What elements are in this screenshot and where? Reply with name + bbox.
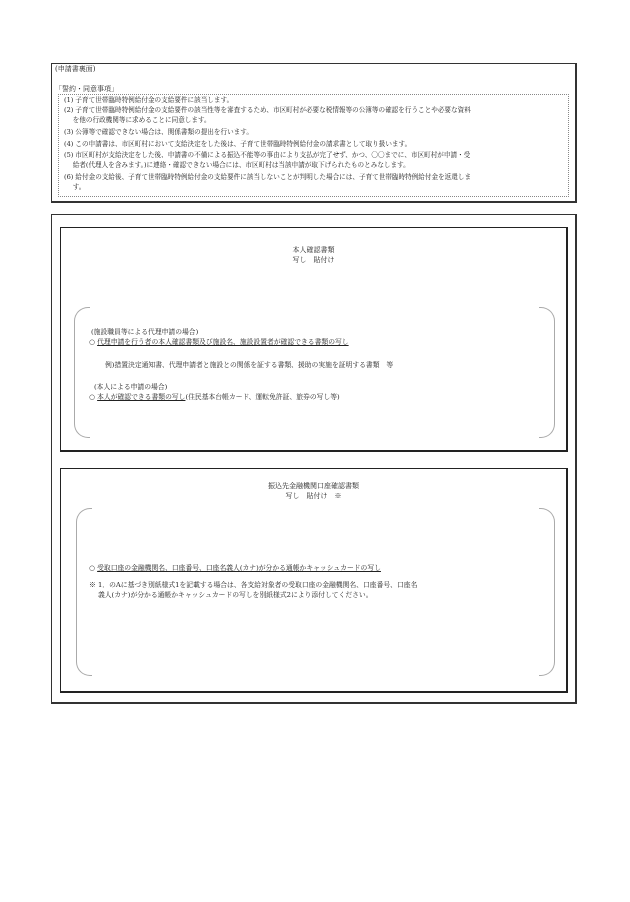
identity-title: 本人確認書類 xyxy=(61,245,566,255)
pledge-title: 「誓約・同意事項」 xyxy=(55,84,118,94)
identity-document-area: 本人確認書類 写し 貼付け (施設職員等による代理申請の場合) ○ 代理申請を行… xyxy=(60,227,568,452)
pledge-item: 給者(代理人を含みます。)に連絡・確認できない場合には、市区町村は当該申請が取下… xyxy=(64,161,410,170)
bullet-circle-icon: ○ xyxy=(89,393,95,401)
bullet-circle-icon: ○ xyxy=(89,338,95,346)
pledge-item: (3) 公簿等で確認できない場合は、関係書類の提出を行います。 xyxy=(64,128,253,137)
back-side-label: (申請書裏面) xyxy=(55,64,95,74)
proxy-item: ○ 代理申請を行う者の本人確認書類及び施設名、施設設置者が確認できる書類の写し xyxy=(89,338,349,347)
self-item-text: 本人が確認できる書類の写し xyxy=(97,393,185,401)
identity-subtitle: 写し 貼付け xyxy=(61,255,566,265)
bank-item: ○ 受取口座の金融機関名、口座番号、口座名義人(カナ)が分かる通帳かキャッシュカ… xyxy=(89,564,381,573)
bank-subtitle: 写し 貼付け ※ xyxy=(61,491,566,501)
bank-title: 振込先金融機関口座確認書類 xyxy=(61,481,566,491)
left-bracket xyxy=(74,307,90,438)
pledge-item: (1) 子育て世帯臨時特例給付金の支給要件に該当します。 xyxy=(64,96,233,105)
self-item: ○ 本人が確認できる書類の写し(住民基本台帳カード、運転免許証、旅券の写し等) xyxy=(89,393,340,402)
bank-document-area: 振込先金融機関口座確認書類 写し 貼付け ※ ○ 受取口座の金融機関名、口座番号… xyxy=(60,468,568,693)
bank-note-line1: ※ 1．のAに基づき別紙様式1を記載する場合は、各支給対象者の受取口座の金融機関… xyxy=(89,581,417,590)
proxy-example: 例)措置決定通知書、代理申請者と施設との関係を証する書類、援助の実施を証明する書… xyxy=(105,361,393,370)
pledge-item: (5) 市区町村が支給決定をした後、申請書の不備による振込不能等の事由により支払… xyxy=(64,151,470,160)
pledge-item: (6) 給付金の支給後、子育て世帯臨時特例給付金の支給要件に該当しないことが判明… xyxy=(64,173,471,182)
self-heading: (本人による申請の場合) xyxy=(94,383,167,392)
pledge-item: す。 xyxy=(64,183,85,192)
pledge-item: を他の行政機関等に求めることに同意します。 xyxy=(64,116,211,125)
bank-note-line2: 義人(カナ)が分かる通帳かキャッシュカードの写しを別紙様式2により添付してくださ… xyxy=(89,591,373,600)
pledge-item: (2) 子育て世帯臨時特例給付金の支給要件の該当性等を審査するため、市区町村が必… xyxy=(64,106,471,115)
pledge-item: (4) この申請書は、市区町村において支給決定をした後は、子育て世帯臨時特例給付… xyxy=(64,140,411,149)
right-bracket xyxy=(539,307,555,438)
right-bracket xyxy=(539,508,555,676)
proxy-item-text: 代理申請を行う者の本人確認書類及び施設名、施設設置者が確認できる書類の写し xyxy=(97,338,348,346)
pledge-list: (1) 子育て世帯臨時特例給付金の支給要件に該当します。 (2) 子育て世帯臨時… xyxy=(58,94,569,197)
self-item-examples: (住民基本台帳カード、運転免許証、旅券の写し等) xyxy=(185,393,339,401)
bank-item-text: 受取口座の金融機関名、口座番号、口座名義人(カナ)が分かる通帳かキャッシュカード… xyxy=(97,564,381,572)
bullet-circle-icon: ○ xyxy=(89,564,95,572)
proxy-heading: (施設職員等による代理申請の場合) xyxy=(91,328,198,337)
